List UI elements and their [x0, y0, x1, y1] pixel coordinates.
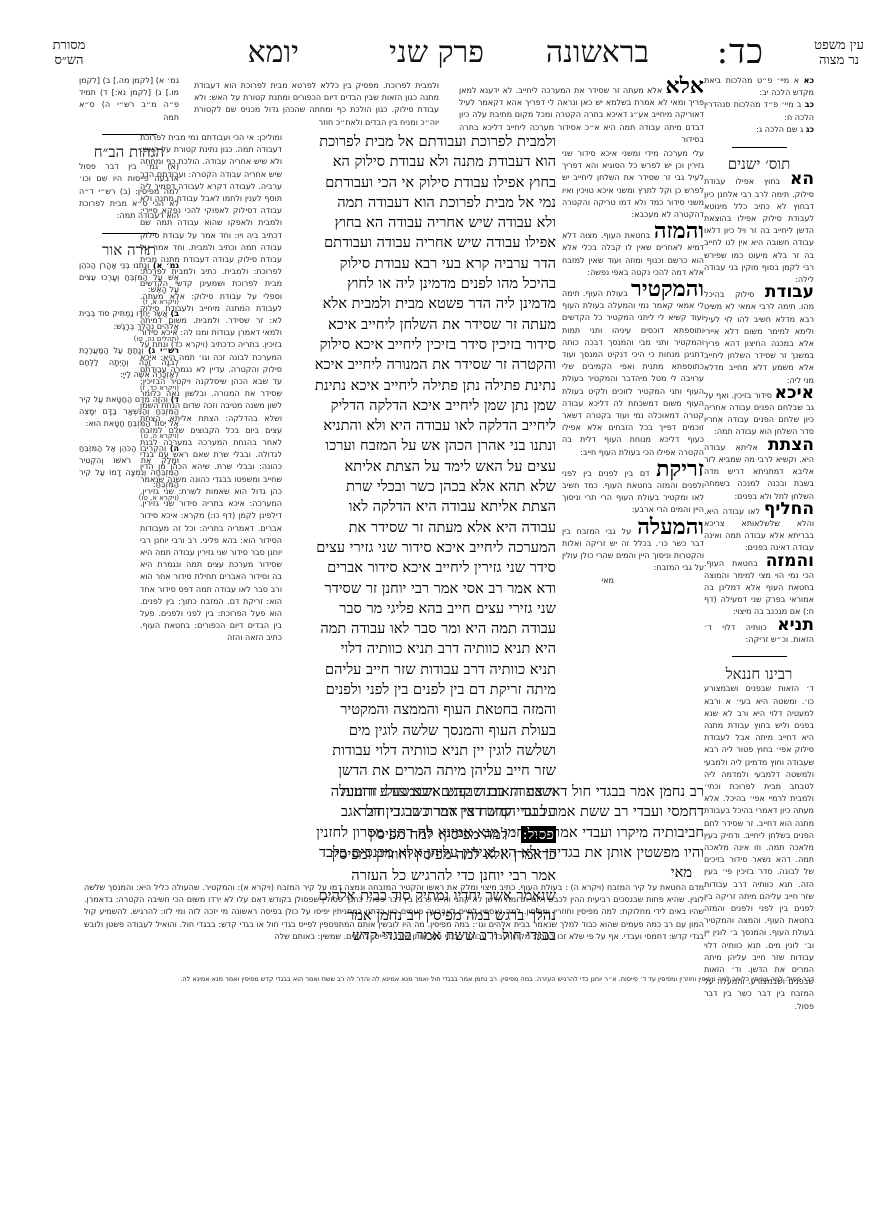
- rabbeinu-chananel-title: רבינו חננאל: [704, 668, 814, 680]
- tosafot-yeshanim-body: הא בחוץ אפילו עבודת סילוק. תימה לרב רבי …: [704, 173, 814, 646]
- gemara-line: המערכה ליחייב איכא סידור שני גזירי עצים: [288, 538, 556, 558]
- gemara-line: שלא תהא אלא בכהן כשר ובכלי שרת: [288, 477, 556, 497]
- gemara-line: עצים על האש לימד על הצתת אליתא: [288, 457, 556, 477]
- tosafot-yeshanim-entry: עבודת סילוק בהיכל מהו. תימה לרבי אמאי לא…: [704, 286, 814, 387]
- gemara-line: והקטרה זר שסידר את המנורה ליחייב איכא: [288, 355, 556, 375]
- rashi-column-text: ומוליכן: אי הכי ועבודתם נמי מבית לפרוכת …: [140, 132, 282, 645]
- rabbeinu-chananel-body: ד׳ הזאות שבפנים ושבמצורע כו׳. ומשטה היא …: [704, 683, 814, 1012]
- footnote-line: דבר פסול: למה מפיסין כלומר למה מפיסין וח…: [84, 975, 814, 984]
- gemara-line: בחוץ אפילו עבודת סילוק אי הכי ועבודתם: [288, 173, 556, 193]
- tosafot-block: והמקטיר בעולת העוף. תימה לי אמאי קאמר נמ…: [562, 283, 704, 459]
- gemara-line: הדר ערביה קרא בעי רבא עבודת סילוק: [288, 254, 556, 274]
- gemara-full-width: רב נחמן אמר בבגדי חול דאי אמרת בבגדי קדש…: [284, 782, 704, 883]
- gemara-line: מיתה זריקת דם בין לפנים בין לפני ולפנים: [288, 680, 556, 700]
- tosafot-block: מאי: [562, 575, 614, 587]
- ein-mishpat-entry: כב ב מיי׳ פ״ד מהלכות סנהדרין הלכה ח:: [704, 99, 814, 123]
- ornament-divider: [704, 652, 814, 664]
- masoret-entries: גמ׳ א) [לקמן מה.] ב) [לקמן מו.] ג) [לקמן…: [79, 75, 179, 124]
- gemara-line: שזר חייב עליהן מיתה המרים את הדשן: [288, 761, 556, 781]
- gemara-line: והמזה בחטאת העוף והממצה והמקטיר: [288, 700, 556, 720]
- tosafot-block: והמעלה על גבי המזבח בין דבר כשר כו׳. בכל…: [562, 521, 704, 575]
- ein-mishpat-title-line2: נר מצוה: [804, 53, 874, 68]
- tosafot-block: זריקת דם בין לפנים בין לפני ולפנים והמזה…: [562, 463, 704, 517]
- footnote-text: דבר פסול: למה מפיסין כלומר למה מפיסין וח…: [84, 975, 814, 984]
- gemara-line: נמי אל מבית לפרוכת הוא דעבודה תמה: [288, 193, 556, 213]
- tosafot-yeshanim-entry: הא בחוץ אפילו עבודת סילוק. תימה לרב רבי …: [704, 173, 814, 286]
- perek-label: פרק שני: [389, 35, 484, 70]
- ornament-divider: [704, 142, 814, 154]
- rashi-column: ומוליכן: אי הכי ועבודתם נמי מבית לפרוכת …: [140, 132, 282, 645]
- masoret-title-line1: מסורת: [34, 38, 104, 53]
- gemara-line: מאי: [284, 863, 704, 883]
- gemara-line: הצתת אליתא עבודה היא הדלקה לאו: [288, 497, 556, 517]
- tosafot-yeshanim-entry: איכא סידור בזיכין. ואף על גב שבלחם הפנים…: [704, 387, 814, 439]
- gemara-line: אפילו עבודה שיש אחריה עבודה ועבודתם: [288, 233, 556, 253]
- tosafot-opening-word: אלא: [665, 73, 704, 99]
- gemara-line: והיו מפשטין אותן את בגדיהן ולא היו מניחי…: [284, 843, 704, 863]
- daf-number: כד:: [717, 32, 764, 72]
- massechet-name: יומא: [248, 35, 299, 70]
- gemara-line: הוא דעבודת מתנה ולא עבודת סילוק הא: [288, 152, 556, 172]
- gemara-line: ולא עבודה שיש אחריה עבודה הא בחוץ: [288, 213, 556, 233]
- rashi-top-text: ולמבית לפרוכת. מפסיק בין כללא לפרטא מבית…: [194, 80, 439, 129]
- tosafot-yeshanim-entry: החליף לאו עבודה היא. והלא שלשלאותא צריכא…: [704, 503, 814, 555]
- bottom-commentary: מדם החטאת על קיר המזבח (ויקרא ה) : בעולת…: [84, 882, 704, 943]
- ein-mishpat-title: עין משפט נר מצוה: [804, 38, 874, 68]
- gemara-line: שמן נתן שמן ליחייב איכא הדלקה הדליק: [288, 396, 556, 416]
- gemara-line: ליחייב הדלקה לאו עבודה היא ולא והתניא: [288, 416, 556, 436]
- gemara-line: בהיכל מהו לפנים מדמינן ליה או לחוץ: [288, 274, 556, 294]
- bottom-commentary-text: מדם החטאת על קיר המזבח (ויקרא ה) : בעולת…: [84, 882, 704, 943]
- tosafot-block: עלי מערכה מידי ומשני איכא סידור שני גזיר…: [562, 148, 704, 221]
- ein-mishpat-title-line1: עין משפט: [804, 38, 874, 53]
- tosafot-column: עלי מערכה מידי ומשני איכא סידור שני גזיר…: [562, 148, 704, 587]
- gemara-line: מעתה זר שסידר את השלחן ליחייב איכא: [288, 315, 556, 335]
- gemara-line: דחמסי ועבדי רב ששת אמר בבגדי קדש דאי אמר…: [284, 802, 704, 822]
- gemara-line: סידר שני גזירין ליחייב איכא סידור אברים: [288, 558, 556, 578]
- gemara-line: ושלשה לוגין יין תניא כוותיה דלוי עבודות: [288, 741, 556, 761]
- gemara-line: עבודה היא אלא מעתה זר שסידר את: [288, 518, 556, 538]
- tosafot-yeshanim-entry: והמזה בחטאת העוף. הכי נמי הוי מצי למימר …: [704, 555, 814, 619]
- gemara-line: ודא אמר רב אסי אמר רבי יוחנן זר שסידר: [288, 579, 556, 599]
- gemara-line: עבודה תמה היא ומר סבר לאו עבודה תמה: [288, 619, 556, 639]
- gemara-line: היא תניא כוותיה דרב תניא כוותיה דלוי: [288, 639, 556, 659]
- gemara-line: ונתנו בני אהרן הכהן אש על המזבח וערכו: [288, 436, 556, 456]
- masoret-title: מסורת הש״ס: [34, 38, 104, 68]
- chapter-name: בראשונה: [546, 35, 649, 70]
- ein-mishpat-entries: כא א מיי׳ פ״ט מהלכות ביאת מקדש הלכה יב: …: [704, 75, 814, 136]
- masoret-title-line2: הש״ס: [34, 53, 104, 68]
- gemara-line: ולמבית לפרוכת ועבודתם אל מבית לפרוכת: [288, 132, 556, 152]
- tosafot-yeshanim-entry: תניא כוותיה דלוי ד׳ הזאות. וכ״ש זריקה:: [704, 619, 814, 646]
- tosafot-block: והמזה בחטאת העוף. מצוה דלא דמיא לאחרים ש…: [562, 225, 704, 279]
- rashi-top: ולמבית לפרוכת. מפסיק בין כללא לפרטא מבית…: [194, 80, 439, 129]
- tosafot-yeshanim-entry: הצתת אליתא עבודה היא. וקשיא לרבי מה שמבי…: [704, 439, 814, 503]
- ein-mishpat-entry: כג ג שם הלכה ג:: [704, 124, 814, 136]
- right-margin-column: כא א מיי׳ פ״ט מהלכות ביאת מקדש הלכה יב: …: [704, 75, 814, 1013]
- gemara-line: חביבותיה מיקרו ועבדי אמר רב נחמן מנא אמי…: [284, 823, 704, 843]
- gemara-line: שני גזירי עצים חייב בהא פליגי מר סבר: [288, 599, 556, 619]
- gemara-line: בעולת העוף והמנסך שלשה לוגין מים: [288, 721, 556, 741]
- gemara-line: מדמינן ליה הדר פשטא מבית ולמבית אלא: [288, 294, 556, 314]
- talmud-page: כד: בראשונה פרק שני יומא עין משפט נר מצו…: [0, 0, 894, 1213]
- gemara-line: נתינת פתילה נתן פתילה ליחייב איכא נתינת: [288, 376, 556, 396]
- ein-mishpat-entry: כא א מיי׳ פ״ט מהלכות ביאת מקדש הלכה יב:: [704, 75, 814, 99]
- gemara-line: סידור בזיכין סידר בזיכין ליחייב איכא סיל…: [288, 335, 556, 355]
- gemara-line: תניא כוותיה דרב עבודות שזר חייב עליהם: [288, 660, 556, 680]
- gemara-line: רב נחמן אמר בבגדי חול דאי אמרת בבגדי קדש…: [284, 782, 704, 802]
